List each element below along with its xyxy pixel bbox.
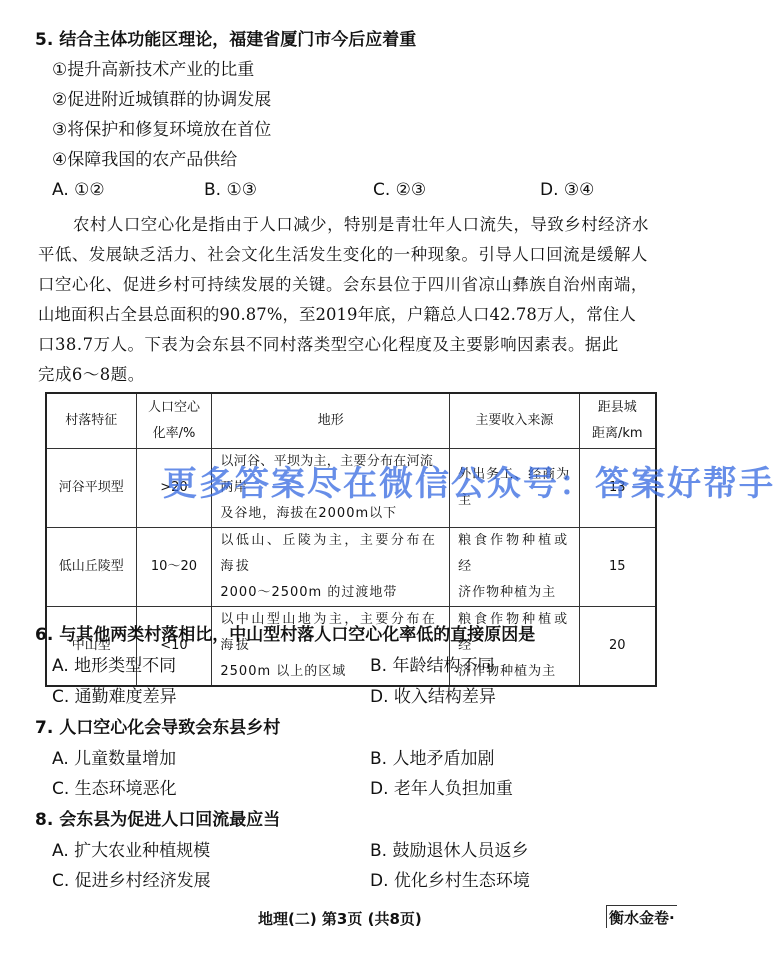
cell-income: 粮食作物种植或经 济作物种植为主	[450, 528, 579, 607]
cell-income: 外出务工、经商为主	[450, 449, 579, 528]
q7-option-b[interactable]: B. 人地矛盾加剧	[370, 749, 494, 769]
cell-terrain-line-2: 及谷地，海拔在2000m以下	[220, 501, 445, 527]
cell-distance: 15	[579, 528, 656, 607]
header-distance: 距县城 距离/km	[579, 393, 656, 449]
q6-stem: 6. 与其他两类村落相比，中山型村落人口空心化率低的直接原因是	[35, 625, 535, 645]
passage-line-6: 完成6～8题。	[38, 365, 145, 385]
q6-option-b[interactable]: B. 年龄结构不同	[370, 656, 494, 676]
cell-distance: 13	[579, 449, 656, 528]
q7-option-a[interactable]: A. 儿童数量增加	[52, 749, 176, 769]
cell-distance: 20	[579, 607, 656, 687]
page-footer: 地理(二) 第3页 (共8页)	[258, 908, 422, 929]
cell-income-line-1: 粮食作物种植或经	[458, 528, 574, 580]
q6-option-d[interactable]: D. 收入结构差异	[370, 687, 496, 707]
header-terrain: 地形	[212, 393, 450, 449]
q8-stem: 8. 会东县为促进人口回流最应当	[35, 810, 280, 830]
passage-line-2: 平低、发展缺乏活力、社会文化生活发生变化的一种现象。引导人口回流是缓解人	[38, 245, 648, 265]
cell-terrain: 以河谷、平坝为主，主要分布在河流两岸 及谷地，海拔在2000m以下	[212, 449, 450, 528]
q5-statement-4: ④保障我国的农产品供给	[52, 150, 237, 170]
q8-option-b[interactable]: B. 鼓励退休人员返乡	[370, 841, 528, 861]
q5-option-b[interactable]: B. ①③	[204, 180, 257, 200]
header-village-feature: 村落特征	[46, 393, 136, 449]
q6-option-a[interactable]: A. 地形类型不同	[52, 656, 176, 676]
cell-rate: 10～20	[136, 528, 212, 607]
passage-line-1: 农村人口空心化是指由于人口减少，特别是青壮年人口流失，导致乡村经济水	[73, 215, 649, 235]
q5-option-c[interactable]: C. ②③	[373, 180, 426, 200]
cell-rate: >20	[136, 449, 212, 528]
q8-option-a[interactable]: A. 扩大农业种植规模	[52, 841, 210, 861]
q5-option-a[interactable]: A. ①②	[52, 180, 105, 200]
cell-terrain-line-2: 2000～2500m 的过渡地带	[220, 580, 445, 606]
brand-stamp: 衡水金卷·	[606, 905, 677, 928]
table-row: 低山丘陵型 10～20 以低山、丘陵为主，主要分布在海拔 2000～2500m …	[46, 528, 656, 607]
q5-statement-1: ①提升高新技术产业的比重	[52, 60, 254, 80]
cell-terrain-line-1: 以低山、丘陵为主，主要分布在海拔	[220, 528, 445, 580]
q5-statement-3: ③将保护和修复环境放在首位	[52, 120, 271, 140]
cell-terrain: 以低山、丘陵为主，主要分布在海拔 2000～2500m 的过渡地带	[212, 528, 450, 607]
q8-option-c[interactable]: C. 促进乡村经济发展	[52, 871, 211, 891]
q7-stem: 7. 人口空心化会导致会东县乡村	[35, 718, 280, 738]
table-row: 河谷平坝型 >20 以河谷、平坝为主，主要分布在河流两岸 及谷地，海拔在2000…	[46, 449, 656, 528]
cell-terrain-line-1: 以河谷、平坝为主，主要分布在河流两岸	[220, 449, 445, 501]
q8-option-d[interactable]: D. 优化乡村生态环境	[370, 871, 530, 891]
q5-stem: 5. 结合主体功能区理论，福建省厦门市今后应着重	[35, 30, 416, 50]
passage-line-4: 山地面积占全县总面积的90.87%，至2019年底，户籍总人口42.78万人，常…	[38, 305, 636, 325]
q7-option-c[interactable]: C. 生态环境恶化	[52, 779, 177, 799]
q6-option-c[interactable]: C. 通勤难度差异	[52, 687, 177, 707]
header-income-source: 主要收入来源	[450, 393, 579, 449]
passage-line-3: 口空心化、促进乡村可持续发展的关键。会东县位于四川省凉山彝族自治州南端，	[38, 275, 648, 295]
q5-statement-2: ②促进附近城镇群的协调发展	[52, 90, 271, 110]
header-hollowing-rate: 人口空心 化率/%	[136, 393, 212, 449]
cell-type: 低山丘陵型	[46, 528, 136, 607]
passage-line-5: 口38.7万人。下表为会东县不同村落类型空心化程度及主要影响因素表。据此	[38, 335, 619, 355]
table-header-row: 村落特征 人口空心 化率/% 地形 主要收入来源 距县城 距离/km	[46, 393, 656, 449]
cell-income-line-1: 外出务工、经商为主	[458, 462, 574, 514]
q7-option-d[interactable]: D. 老年人负担加重	[370, 779, 513, 799]
q5-option-d[interactable]: D. ③④	[540, 180, 594, 200]
cell-type: 河谷平坝型	[46, 449, 136, 528]
cell-income-line-2: 济作物种植为主	[458, 580, 574, 606]
